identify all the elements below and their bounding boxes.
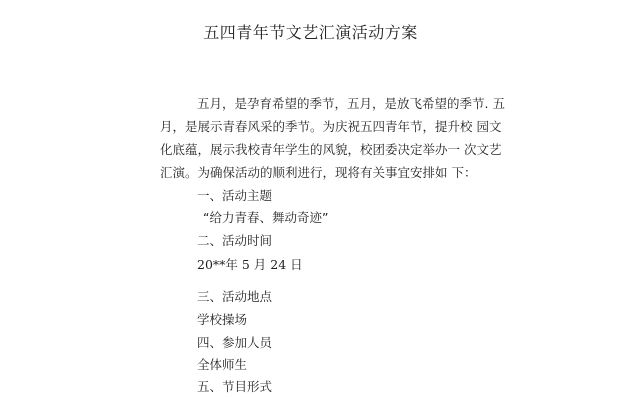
section-heading-participants: 四、参加人员 xyxy=(197,334,272,352)
intro-line-2: 月，是展示青春风采的季节。为庆祝五四青年节，提升校 园文 xyxy=(160,118,501,136)
document-title: 五四青年节文艺汇演活动方案 xyxy=(0,22,621,44)
intro-line-4: 汇演。为确保活动的顺利进行，现将有关事宜安排如 下： xyxy=(160,164,476,182)
section-content-participants: 全体师生 xyxy=(197,356,247,374)
document-page: 五四青年节文艺汇演活动方案 五月，是孕育希望的季节，五月，是放飞希望的季节. 五… xyxy=(0,0,621,397)
section-heading-theme: 一、活动主题 xyxy=(197,187,272,205)
section-heading-time: 二、活动时间 xyxy=(197,232,272,250)
section-content-time: 20**年 5 月 24 日 xyxy=(197,256,303,274)
section-content-location: 学校操场 xyxy=(197,311,247,329)
intro-line-1: 五月，是孕育希望的季节，五月，是放飞希望的季节. 五 xyxy=(197,95,505,113)
section-heading-format: 五、节目形式 xyxy=(197,378,272,396)
intro-line-3: 化底蕴，展示我校青年学生的风貌，校团委决定举办一 次文艺 xyxy=(160,141,501,159)
section-heading-location: 三、活动地点 xyxy=(197,288,272,306)
section-content-theme: “给力青春、舞动奇迹” xyxy=(203,209,328,227)
